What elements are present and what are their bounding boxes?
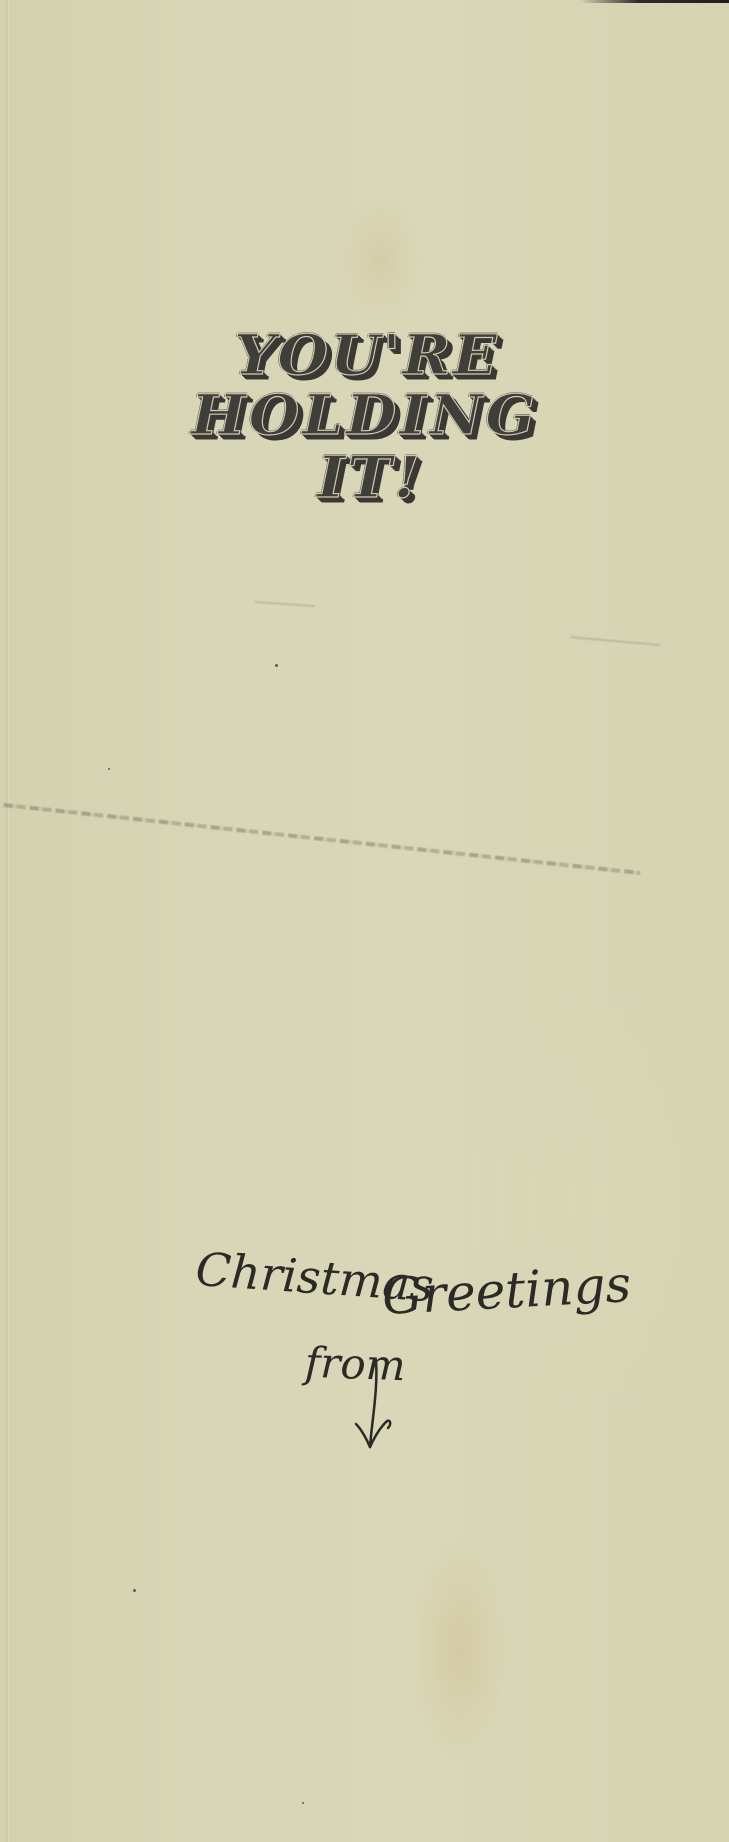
- speck: [133, 1589, 136, 1592]
- handwritten-greetings: Greetings: [381, 1255, 633, 1326]
- card-top-edge-shadow: [579, 0, 729, 3]
- smudge-mark: [255, 601, 315, 607]
- handwritten-christmas: Christmas: [194, 1242, 435, 1312]
- headline-line-1: YOU'RE: [4, 327, 729, 382]
- fold-crease: [4, 803, 641, 875]
- handwritten-greeting: Christmas Greetings from: [0, 0, 729, 1842]
- greeting-card: YOU'RE HOLDING IT! Christmas Greetings f…: [0, 0, 729, 1842]
- headline: YOU'RE HOLDING IT!: [0, 326, 729, 508]
- down-arrow-icon: [356, 1360, 390, 1447]
- smudge-mark: [570, 636, 660, 646]
- headline-line-3: IT!: [10, 450, 729, 507]
- headline-line-2: HOLDING: [0, 387, 729, 442]
- speck: [108, 768, 110, 770]
- speck: [275, 664, 278, 667]
- handwritten-from: from: [301, 1338, 406, 1391]
- speck: [302, 1802, 304, 1804]
- card-left-edge: [6, 0, 9, 1842]
